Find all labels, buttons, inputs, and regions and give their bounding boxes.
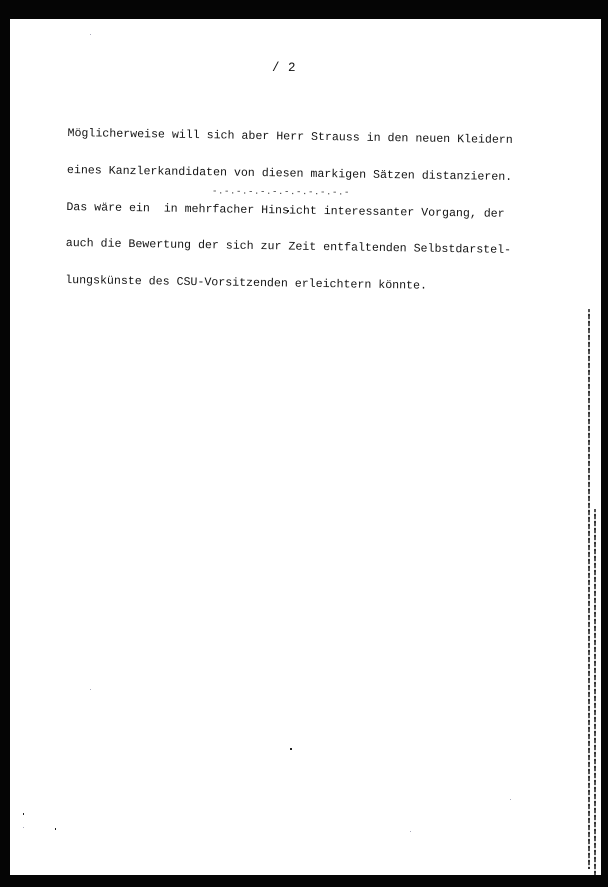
- scan-speck: [23, 813, 24, 815]
- body-paragraph: Möglicherweise will sich aber Herr Strau…: [65, 104, 558, 319]
- scan-speck: [55, 828, 56, 830]
- scan-speck: [287, 210, 289, 212]
- scan-streak: [594, 509, 596, 875]
- paragraph-line: Möglicherweise will sich aber Herr Strau…: [67, 128, 557, 148]
- scan-streak: [588, 309, 590, 869]
- page-number: / 2: [272, 61, 296, 75]
- scanned-page-frame: / 2 Möglicherweise will sich aber Herr S…: [0, 0, 608, 887]
- scan-speck: [510, 799, 511, 800]
- scan-speck: [90, 689, 91, 690]
- scan-speck: [23, 827, 24, 828]
- paragraph-line: eines Kanzlerkandidaten von diesen marki…: [67, 165, 557, 185]
- section-separator: -.-.-.-.-.-.-.-.-.-.-.-: [212, 186, 350, 197]
- paragraph-line: auch die Bewertung der sich zur Zeit ent…: [66, 238, 556, 258]
- paragraph-line: lungskünste des CSU-Vorsitzenden erleich…: [65, 275, 555, 295]
- document-page: / 2 Möglicherweise will sich aber Herr S…: [10, 19, 601, 875]
- scan-speck: [290, 748, 292, 750]
- paragraph-line: Das wäre ein in mehrfacher Hinsicht inte…: [66, 202, 556, 222]
- scan-speck: [90, 34, 91, 35]
- scan-speck: [410, 831, 411, 832]
